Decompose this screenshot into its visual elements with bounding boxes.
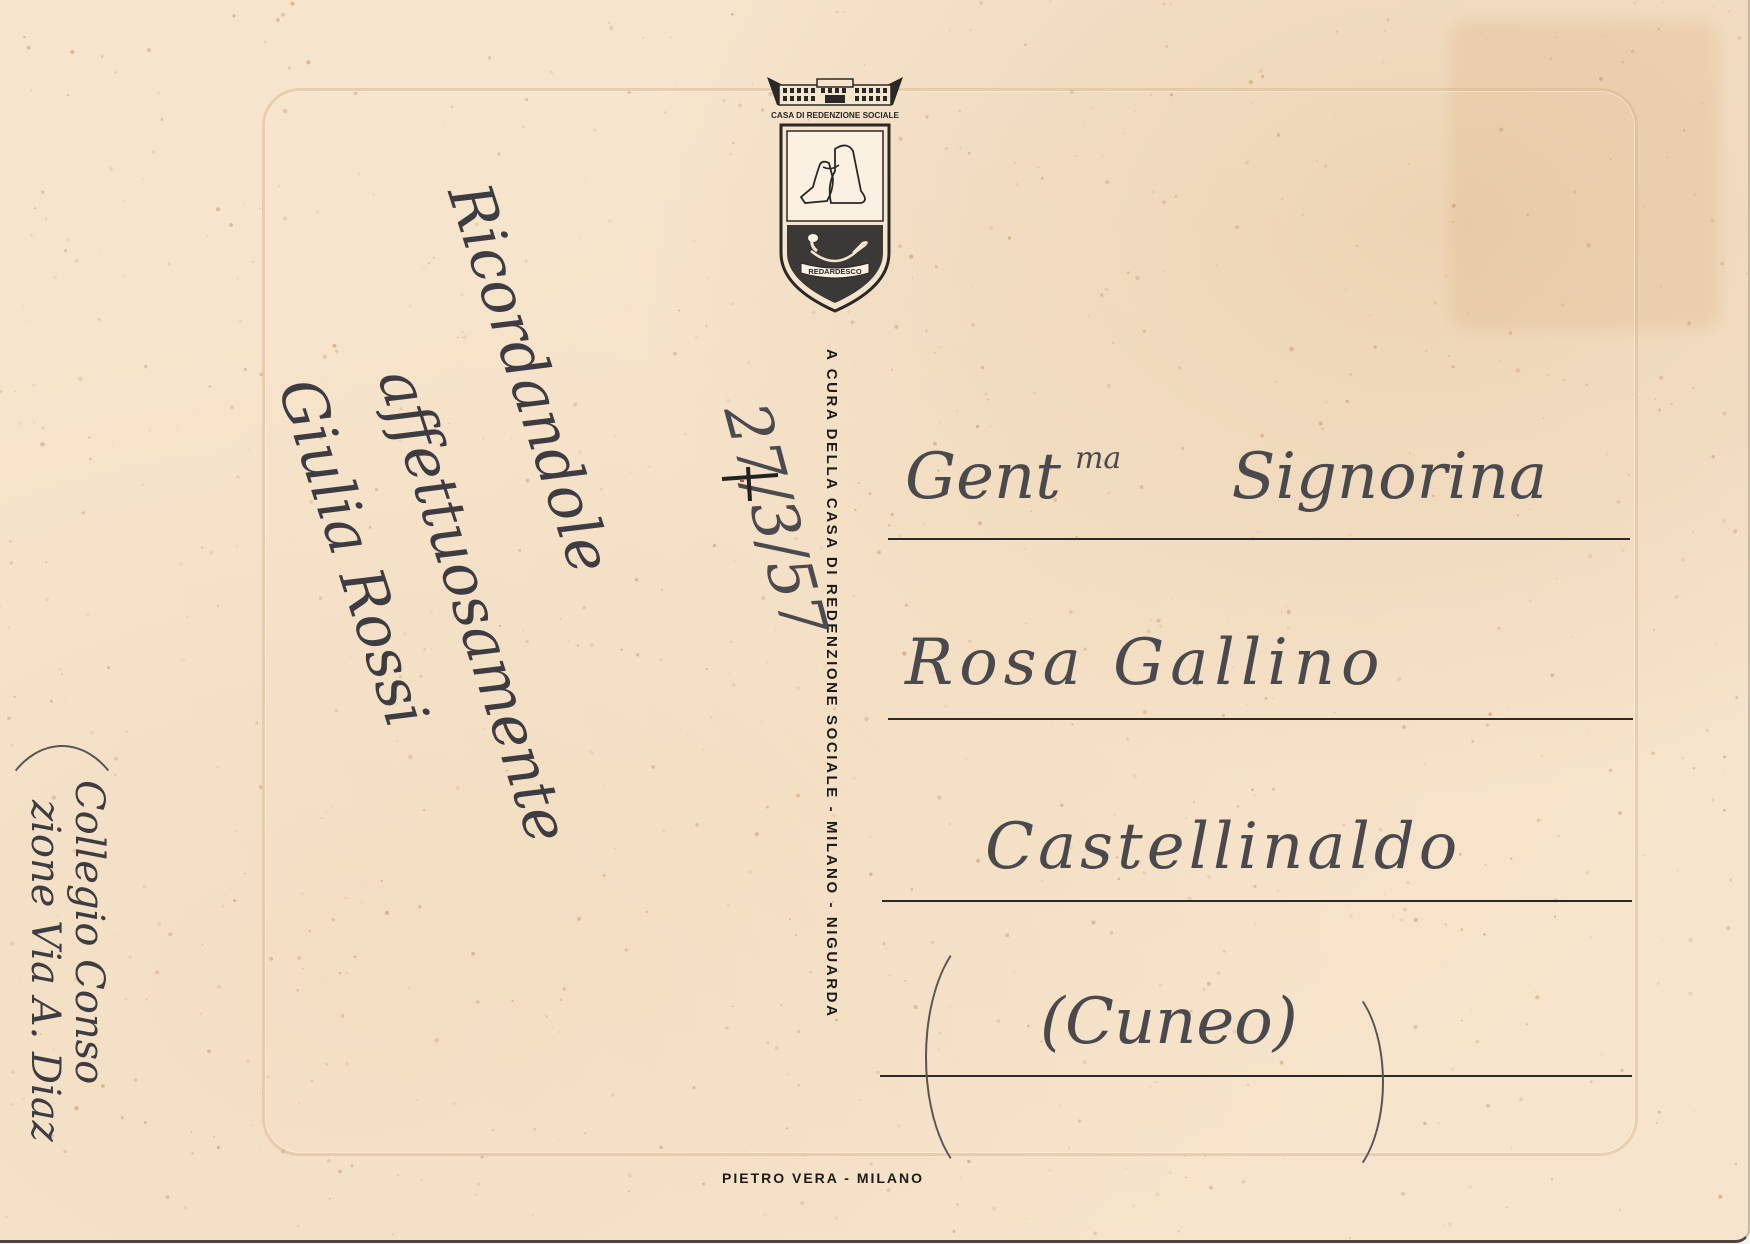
salutation-title: Signorina [1232,440,1547,514]
svg-text:CASA DI REDENZIONE SOCIALE: CASA DI REDENZIONE SOCIALE [771,111,900,120]
salutation-superscript: ma [1075,441,1121,476]
address-rule-1 [888,538,1630,540]
institution-emblem: CASA DI REDENZIONE SOCIALE REDARDESCO [765,75,905,315]
address-rule-2 [888,718,1633,720]
address-line-town: Castellinaldo [985,810,1461,884]
printer-credit: PIETRO VERA - MILANO [722,1170,924,1186]
address-line-province: (Cuneo) [1040,985,1298,1059]
publisher-imprint: A CURA DELLA CASA DI REDENZIONE SOCIALE … [823,349,840,1019]
postcard: CASA DI REDENZIONE SOCIALE REDARDESCO A … [0,0,1750,1243]
province-parenthesis-right [1280,980,1384,1184]
salutation-abbrev: Gent [905,440,1061,514]
sender-note-bracket [0,745,134,949]
address-line-salutation: Gentma Signorina [905,440,1547,514]
correction-mark-icon [720,465,780,505]
svg-text:REDARDESCO: REDARDESCO [808,267,862,276]
address-line-name: Rosa Gallino [905,626,1386,700]
province-parenthesis-left [925,930,1049,1184]
address-rule-3 [882,900,1632,902]
crest-icon: CASA DI REDENZIONE SOCIALE REDARDESCO [765,75,905,315]
